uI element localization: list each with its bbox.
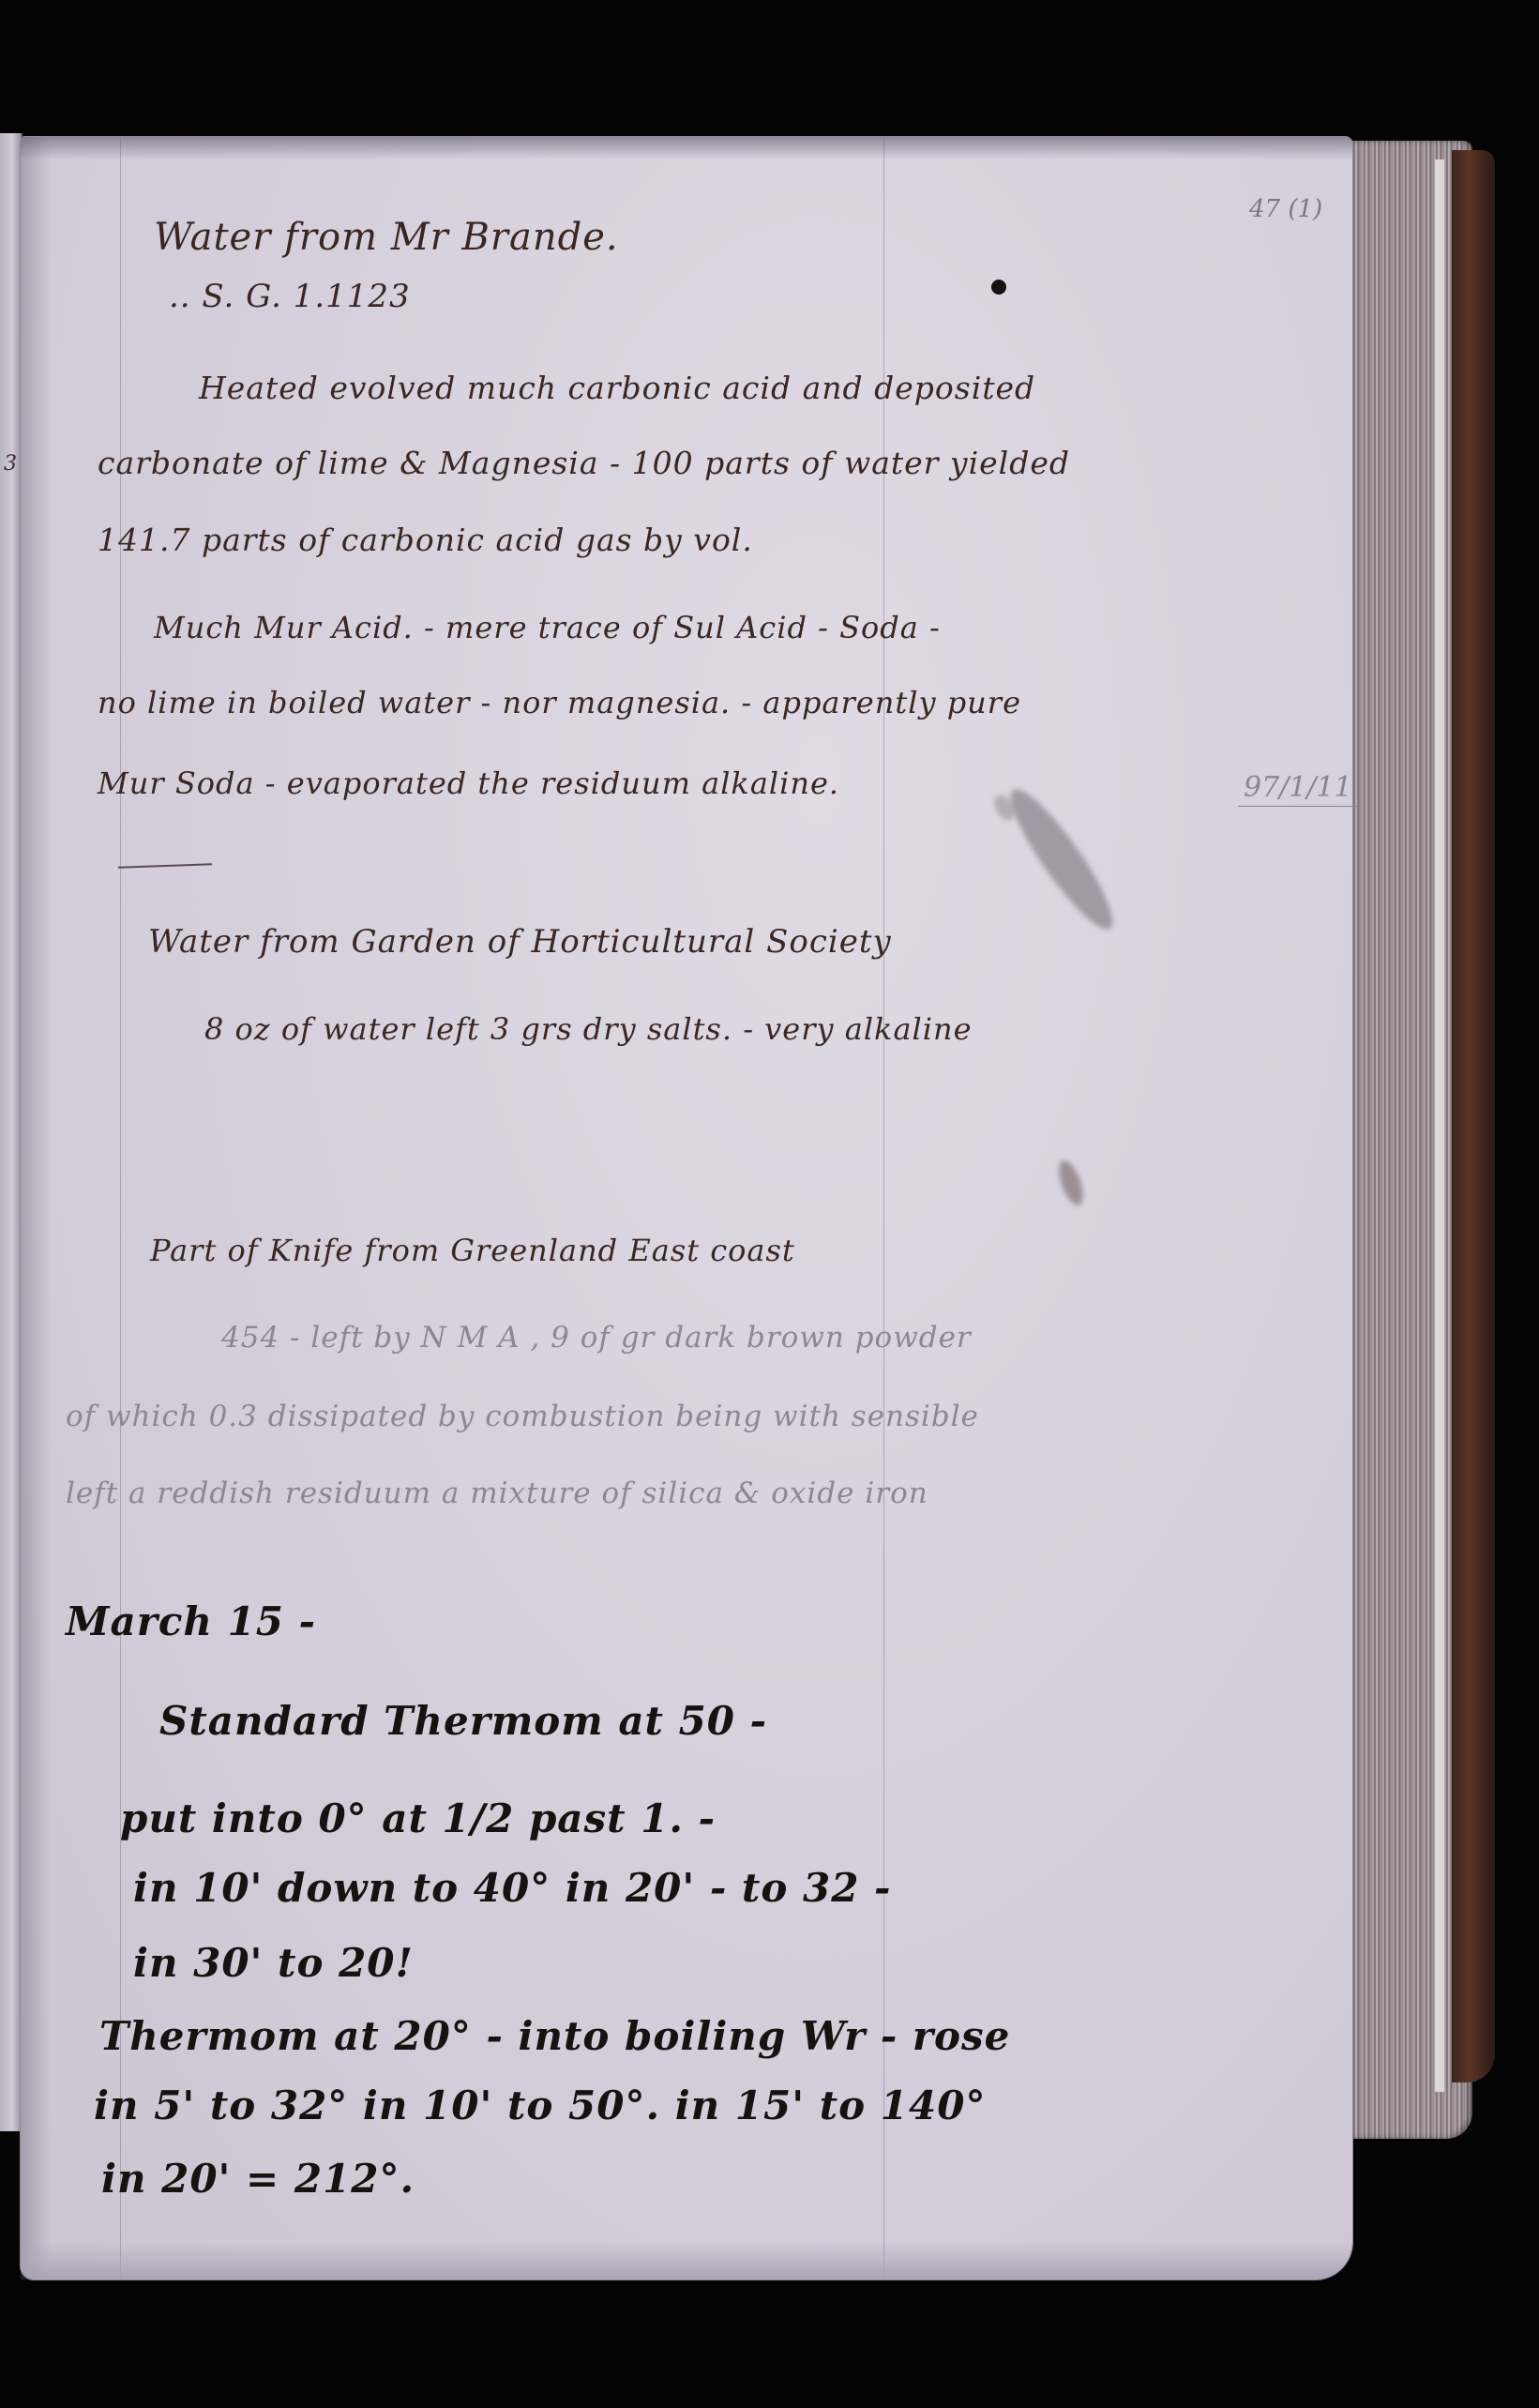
entry-line: carbonate of lime & Magnesia - 100 parts…: [98, 445, 1070, 481]
entry-line: no lime in boiled water - nor magnesia. …: [98, 685, 1021, 720]
ink-smudge: [998, 780, 1125, 939]
gutter-shadow: [21, 137, 51, 2279]
entry-line: Thermom at 20° - into boiling Wr - rose: [99, 2013, 1010, 2059]
entry-line: Much Mur Acid. - mere trace of Sul Acid …: [154, 610, 941, 645]
folio-number: 47 (1): [1249, 195, 1322, 223]
entry-heading-greenland: Part of Knife from Greenland East coast: [150, 1233, 795, 1268]
margin-pencil-note: 97/1/11: [1238, 771, 1358, 807]
entry-line: Mur Soda - evaporated the residuum alkal…: [98, 765, 839, 801]
pencil-line: of which 0.3 dissipated by combustion be…: [66, 1400, 979, 1433]
entry-line: Standard Thermom at 50 -: [159, 1698, 767, 1744]
previous-page-fragment: 3: [4, 452, 17, 476]
folio-number-value: 47: [1249, 195, 1280, 223]
entry-line: in 10' down to 40° in 20' - to 32 -: [133, 1865, 891, 1911]
entry-line: 8 oz of water left 3 grs dry salts. - ve…: [204, 1011, 973, 1047]
entry-line: in 30' to 20!: [133, 1940, 414, 1986]
entry-line: put into 0° at 1/2 past 1. -: [120, 1795, 716, 1841]
entry-line: .. S. G. 1.1123: [169, 278, 411, 315]
entry-date-march-15: March 15 -: [66, 1598, 316, 1644]
leather-cover-edge: [1452, 150, 1495, 2082]
entry-line: Heated evolved much carbonic acid and de…: [199, 370, 1035, 406]
entry-heading-brande: Water from Mr Brande.: [154, 216, 619, 259]
folio-sub-value: (1): [1288, 195, 1322, 223]
section-separator: [118, 863, 212, 868]
notebook-page: 47 (1) 97/1/11 Water from Mr Brande. .. …: [21, 137, 1352, 2279]
entry-line: 141.7 parts of carbonic acid gas by vol.: [98, 522, 753, 558]
ink-mark: [1054, 1158, 1088, 1208]
pencil-line: 454 - left by N M A , 9 of gr dark brown…: [221, 1321, 972, 1355]
previous-page-edge: 3: [0, 133, 23, 2131]
ink-blot: [991, 280, 1006, 295]
entry-line: in 5' to 32° in 10' to 50°. in 15' to 14…: [94, 2082, 986, 2128]
fore-edge-highlight: [1435, 159, 1444, 2092]
entry-heading-horticultural: Water from Garden of Horticultural Socie…: [148, 923, 892, 961]
pencil-line: left a reddish residuum a mixture of sil…: [66, 1477, 928, 1510]
entry-line: in 20' = 212°.: [101, 2156, 415, 2202]
